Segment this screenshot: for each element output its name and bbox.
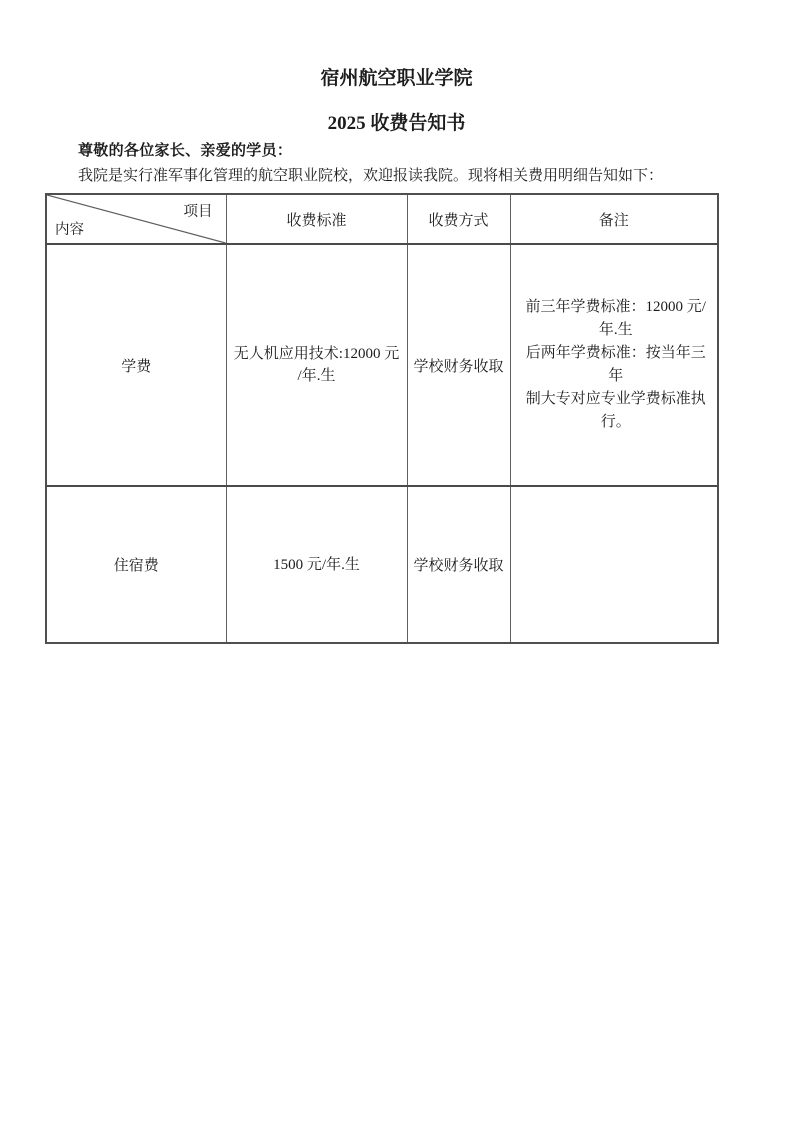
cell-standard-tuition: 无人机应用技术:12000 元 /年.生 [226, 244, 407, 486]
table-row-tuition: 学费 无人机应用技术:12000 元 /年.生 学校财务收取 前三年学费标准：1… [46, 244, 718, 486]
header-remarks: 备注 [510, 194, 718, 244]
corner-label-content: 内容 [55, 218, 84, 239]
header-corner-cell: 项目 内容 [46, 194, 226, 244]
cell-remark-tuition: 前三年学费标准：12000 元/ 年.生 后两年学费标准：按当年三年 制大专对应… [510, 244, 718, 486]
corner-label-item: 项目 [184, 200, 213, 221]
cell-remark-accommodation [510, 486, 718, 643]
cell-method-accommodation: 学校财务收取 [407, 486, 510, 643]
fee-table: 项目 内容 收费标准 收费方式 备注 学费 无人机应用技术:12000 元 /年… [45, 193, 719, 644]
page-title: 宿州航空职业学院 [0, 63, 793, 90]
table-header-row: 项目 内容 收费标准 收费方式 备注 [46, 194, 718, 244]
table-row-accommodation: 住宿费 1500 元/年.生 学校财务收取 [46, 486, 718, 643]
header-fee-standard: 收费标准 [226, 194, 407, 244]
cell-method-tuition: 学校财务收取 [407, 244, 510, 486]
header-fee-method: 收费方式 [407, 194, 510, 244]
cell-standard-accommodation: 1500 元/年.生 [226, 486, 407, 643]
page-subtitle: 2025 收费告知书 [0, 108, 793, 135]
cell-item-tuition: 学费 [46, 244, 226, 486]
cell-item-accommodation: 住宿费 [46, 486, 226, 643]
greeting-line: 尊敬的各位家长、亲爱的学员： [78, 139, 292, 160]
intro-paragraph: 我院是实行准军事化管理的航空职业院校，欢迎报读我院。现将相关费用明细告知如下： [78, 164, 663, 185]
